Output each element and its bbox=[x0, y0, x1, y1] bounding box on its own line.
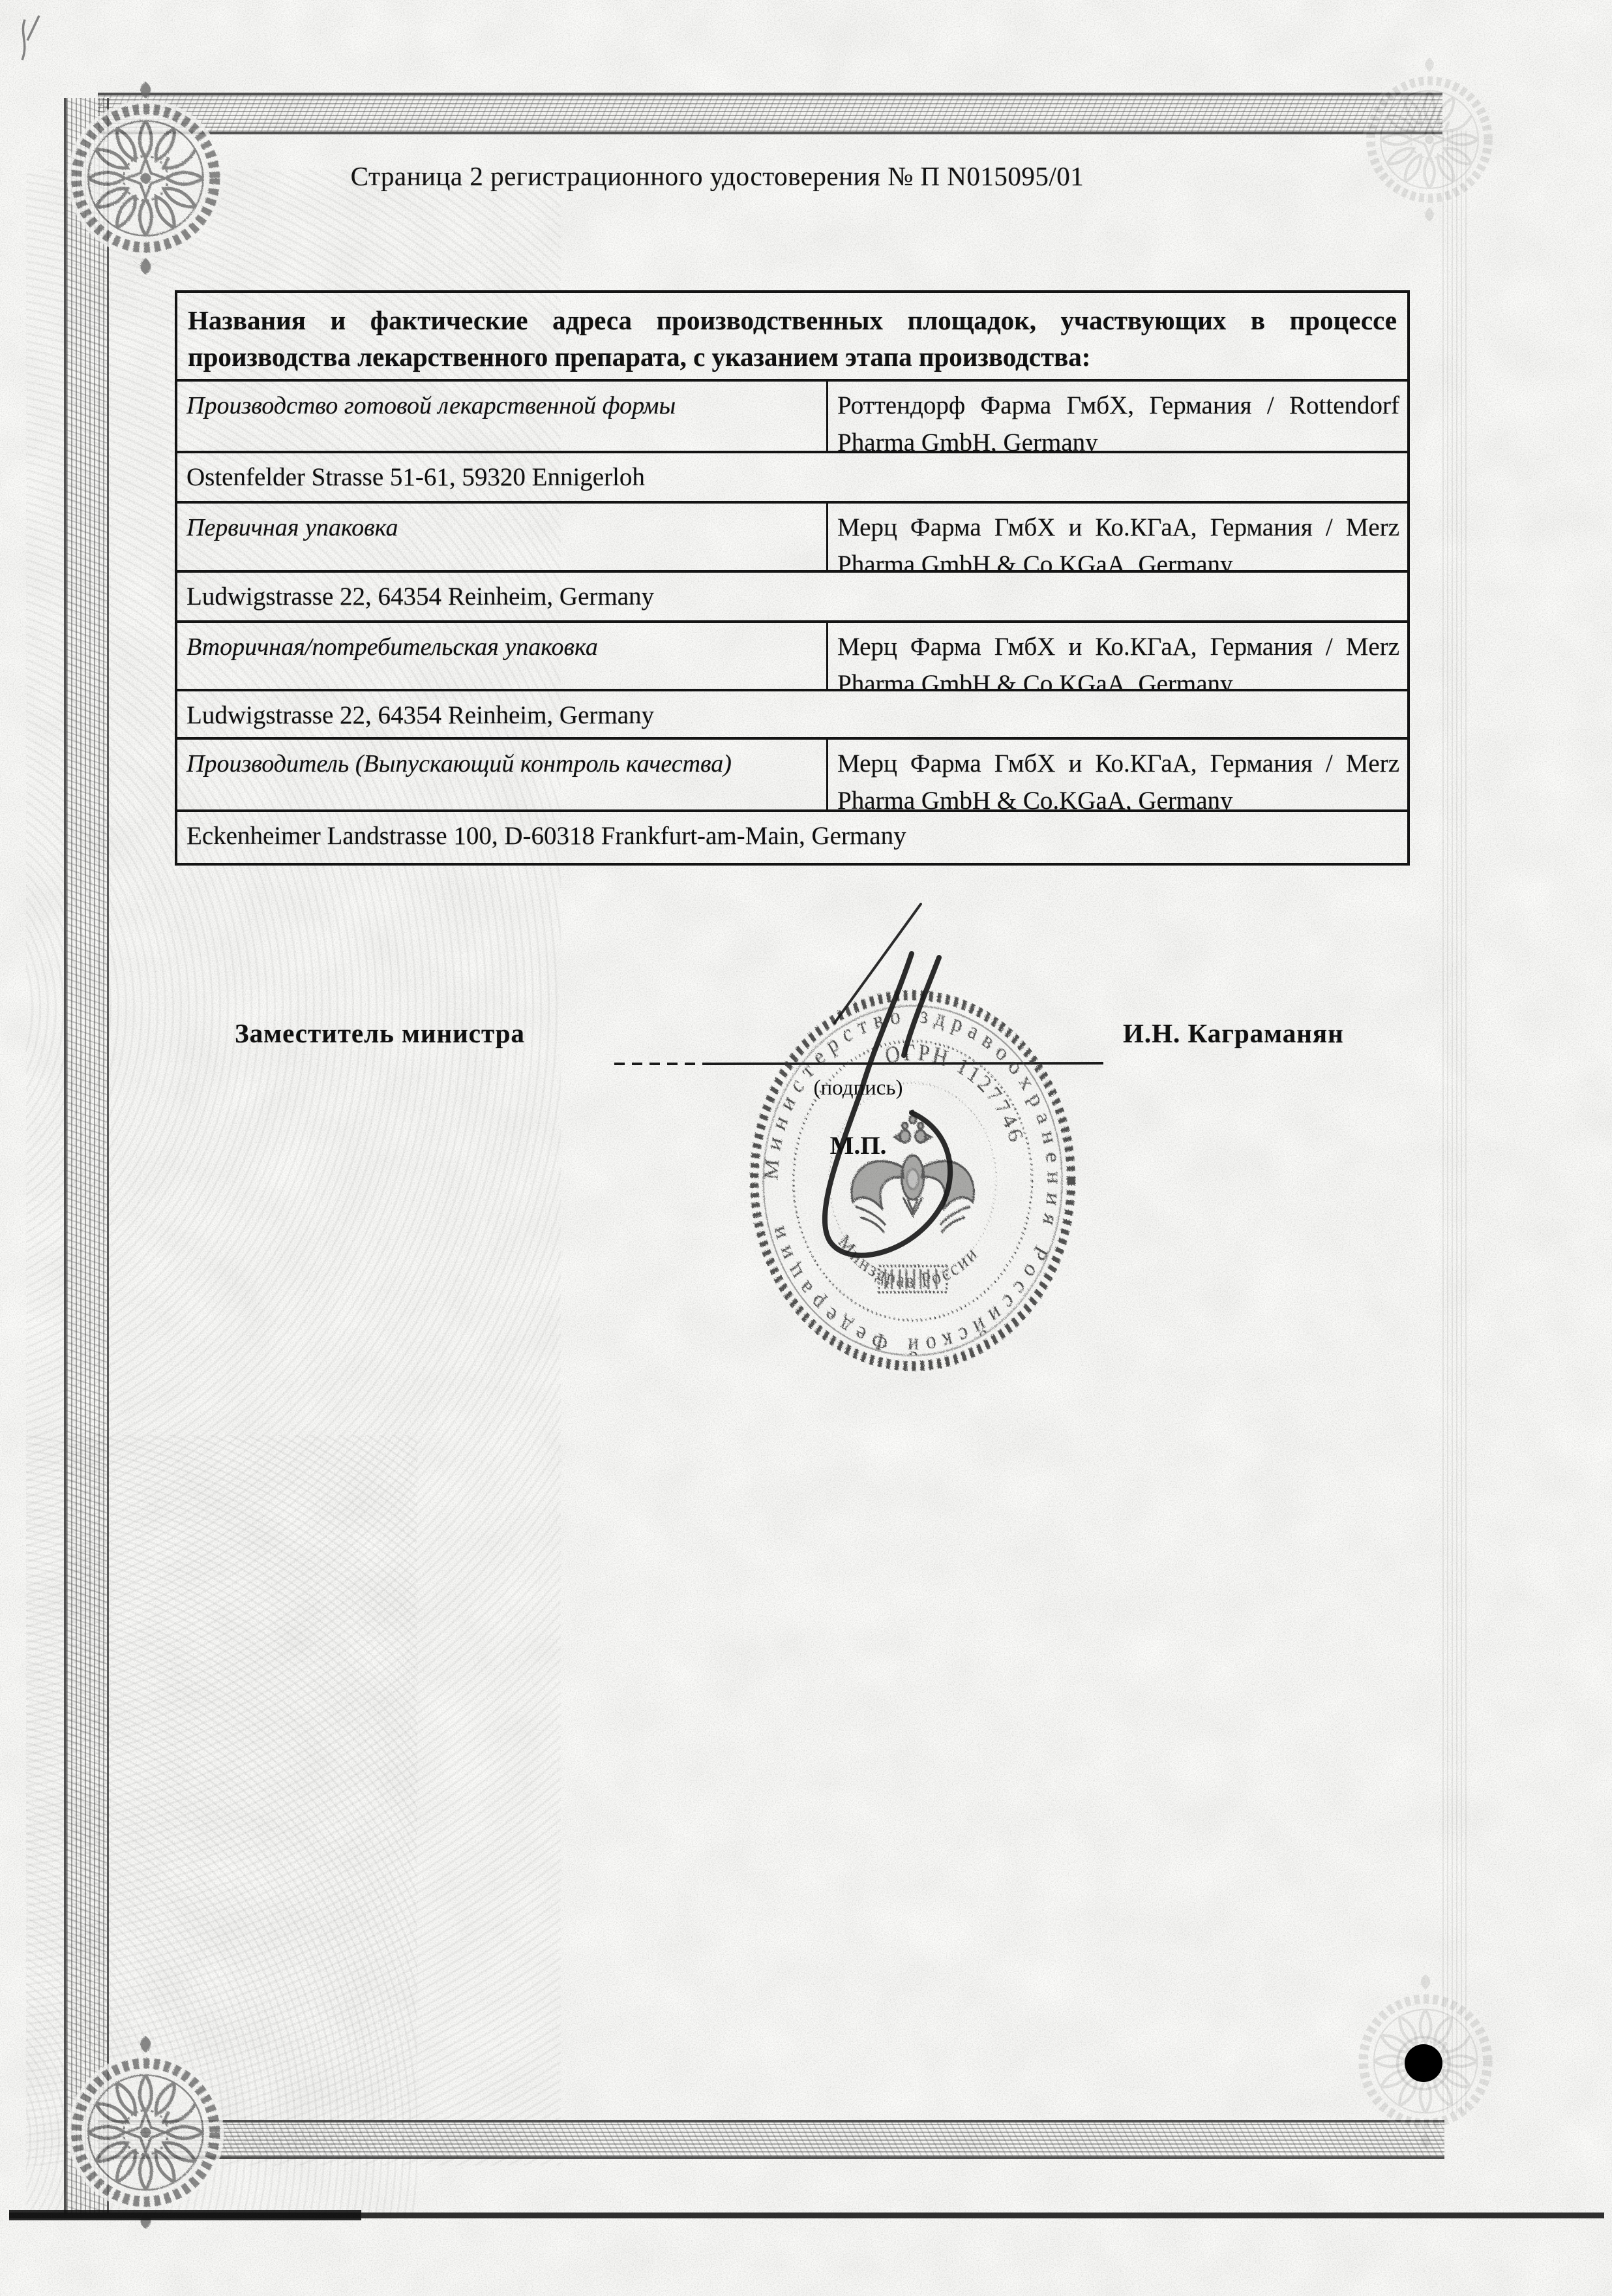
address-row: Ostenfelder Strasse 51-61, 59320 Enniger… bbox=[177, 453, 1407, 504]
stamp-place-label: М.П. bbox=[760, 1131, 956, 1160]
page-bottom-edge bbox=[9, 2210, 361, 2220]
table-row: Первичная упаковка Мерц Фарма ГмбХ и Ко.… bbox=[177, 504, 1407, 573]
address-row: Ludwigstrasse 22, 64354 Reinheim, German… bbox=[177, 691, 1407, 740]
table-row: Производитель (Выпускающий контроль каче… bbox=[177, 740, 1407, 812]
punch-hole-dot bbox=[1405, 2044, 1442, 2082]
deputy-minister-label: Заместитель министра bbox=[235, 1018, 525, 1049]
manufacturing-sites-table: Названия и фактические адреса производст… bbox=[175, 290, 1410, 866]
page-header: Страница 2 регистрационного удостоверени… bbox=[0, 160, 1435, 192]
table-row: Вторичная/потребительская упаковка Мерц … bbox=[177, 623, 1407, 691]
manufacturer-value: Роттендорф Фарма ГмбХ, Германия / Rotten… bbox=[828, 382, 1407, 451]
signature-caption: (подпись) bbox=[760, 1076, 956, 1100]
manufacturer-value: Мерц Фарма ГмбХ и Ко.КГаА, Германия / Me… bbox=[828, 623, 1407, 689]
table-title: Названия и фактические адреса производст… bbox=[177, 293, 1407, 382]
certificate-page: Страница 2 регистрационного удостоверени… bbox=[0, 0, 1612, 2296]
address-row: Ludwigstrasse 22, 64354 Reinheim, German… bbox=[177, 573, 1407, 623]
manufacturer-value: Мерц Фарма ГмбХ и Ко.КГаА, Германия / Me… bbox=[828, 740, 1407, 809]
stage-label: Производитель (Выпускающий контроль каче… bbox=[177, 740, 828, 809]
rosette-ornament-top-right bbox=[1363, 57, 1496, 222]
manufacturer-value: Мерц Фарма ГмбХ и Ко.КГаА, Германия / Me… bbox=[828, 504, 1407, 570]
signatory-name: И.Н. Каграманян bbox=[1123, 1018, 1344, 1049]
stage-label: Первичная упаковка bbox=[177, 504, 828, 570]
rosette-ornament-bottom-left bbox=[67, 2035, 223, 2228]
stage-label: Вторичная/потребительская упаковка bbox=[177, 623, 828, 689]
pen-tick-mark bbox=[22, 16, 39, 60]
address-row: Eckenheimer Landstrasse 100, D-60318 Fra… bbox=[177, 812, 1407, 863]
stage-label: Производство готовой лекарственной формы bbox=[177, 382, 828, 451]
table-row: Производство готовой лекарственной формы… bbox=[177, 382, 1407, 453]
